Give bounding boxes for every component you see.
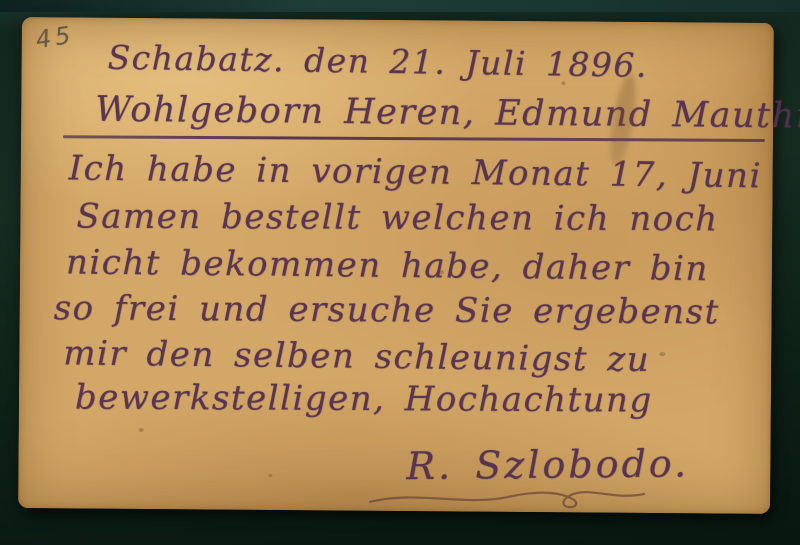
body-line: Ich habe in vorigen Monat 17, Juni	[69, 148, 763, 196]
body-line: bewerkstelligen, Hochachtung	[75, 377, 653, 420]
salutation: Wohlgeborn Heren, Edmund Mauthner	[95, 90, 800, 137]
paper-speck	[659, 352, 665, 356]
pencil-catalog-number: 45	[34, 21, 76, 54]
paper-speck	[561, 81, 565, 85]
photo-background-band	[0, 0, 800, 12]
paper-speck	[139, 428, 144, 432]
paper-speck	[440, 270, 444, 274]
signature: R. Szlobodo.	[406, 441, 689, 488]
postcard: 45 Schabatz. den 21. Juli 1896. Wohlgebo…	[18, 17, 774, 514]
body-line: so frei und ersuche Sie ergebenst	[54, 288, 720, 332]
signature-flourish	[368, 482, 648, 514]
salutation-underline	[63, 135, 765, 142]
body-line: nicht bekommen habe, daher bin	[66, 242, 709, 289]
dateline: Schabatz. den 21. Juli 1896.	[107, 38, 648, 85]
body-line: Samen bestellt welchen ich noch	[76, 196, 718, 239]
paper-speck	[268, 474, 272, 477]
body-line: mir den selben schleunigst zu	[63, 333, 650, 380]
